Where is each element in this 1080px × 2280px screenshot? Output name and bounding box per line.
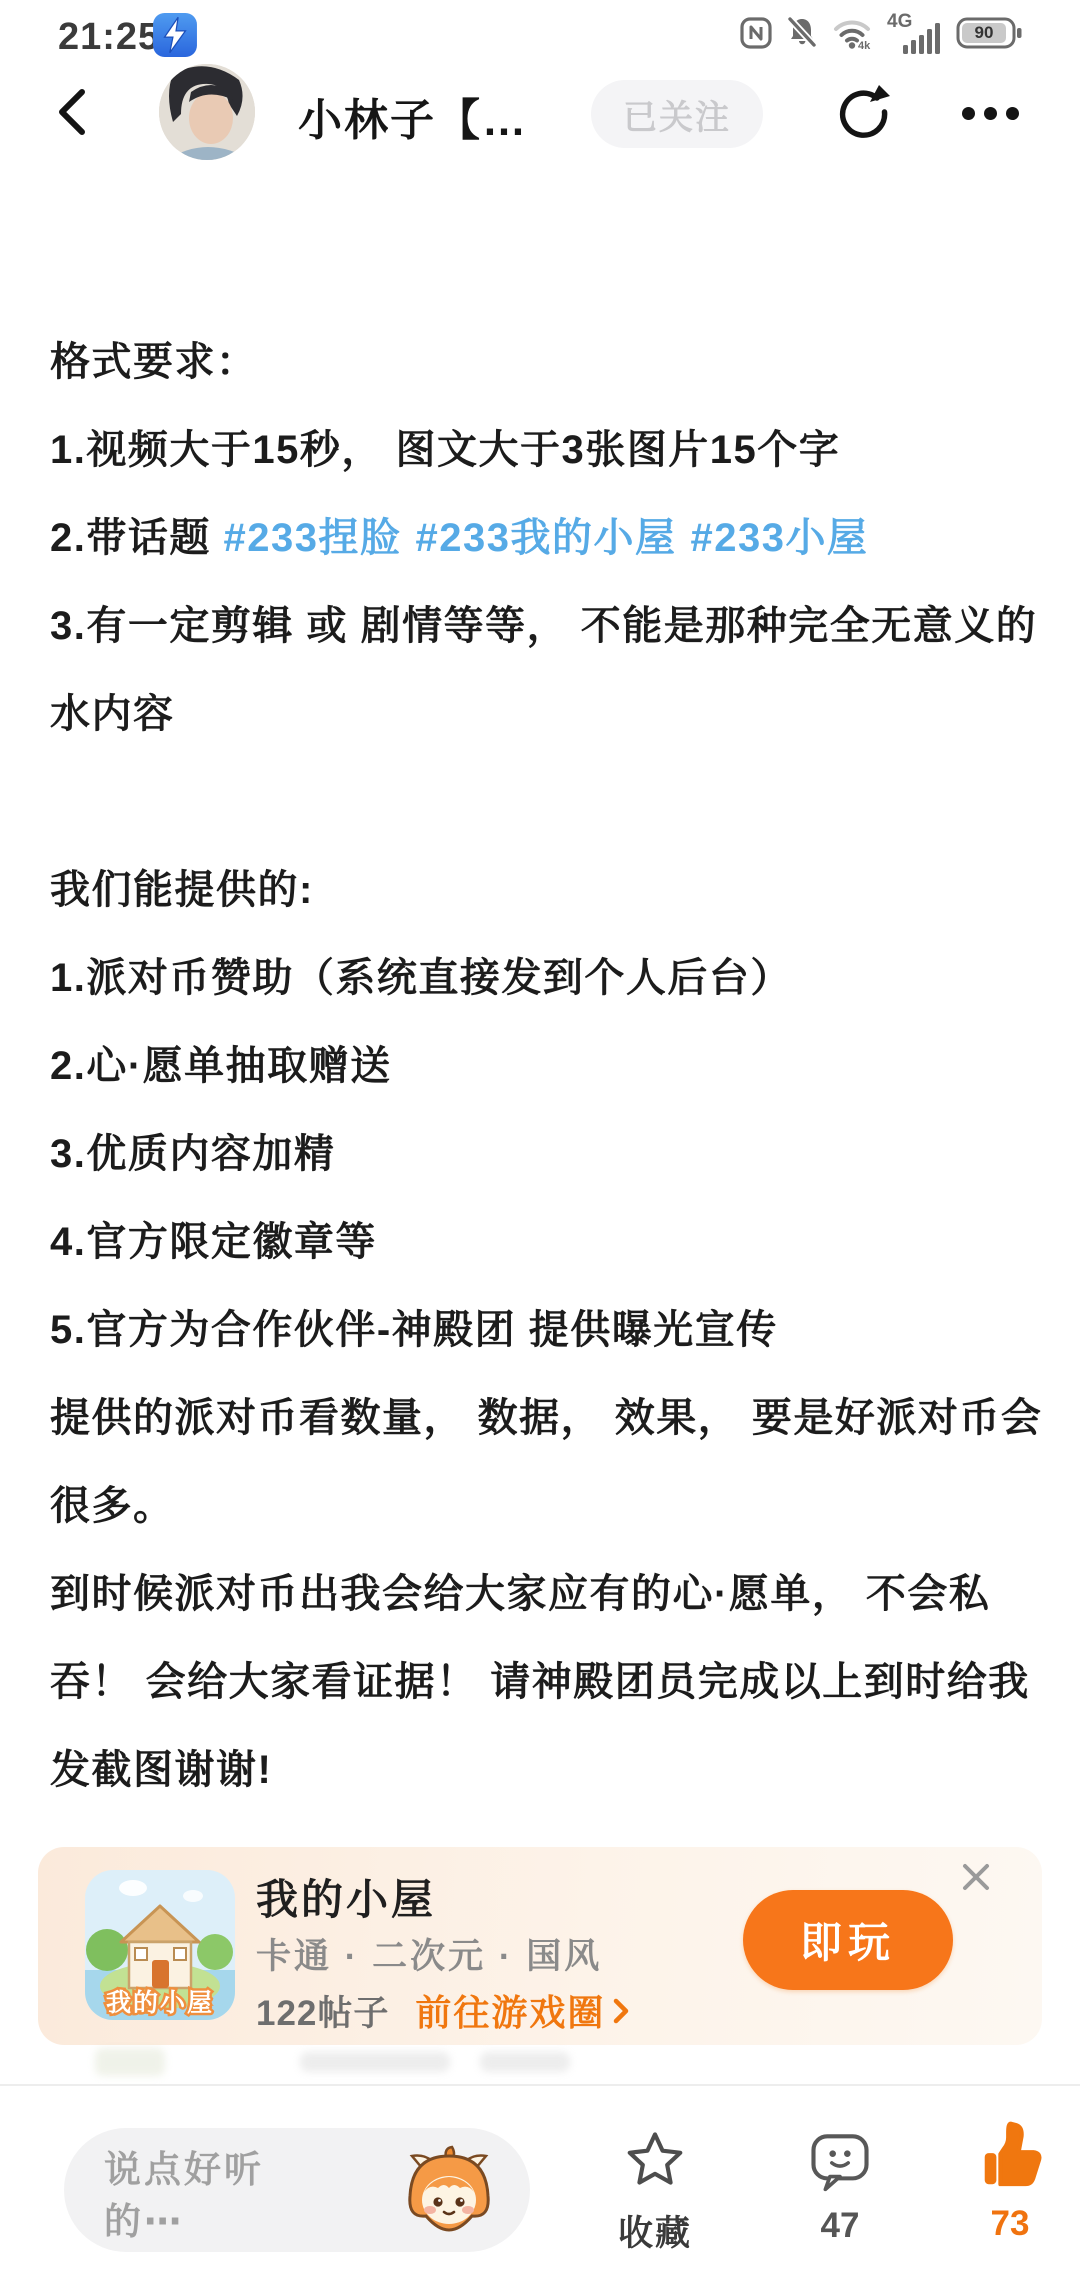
lightning-app-icon xyxy=(152,12,198,58)
rule-3: 3.有一定剪辑 或 剧情等等， 不能是那种完全无意义的水内容 xyxy=(50,582,1054,758)
signal-4g-icon: 4G xyxy=(887,11,943,55)
play-now-label: 即玩 xyxy=(800,1910,896,1970)
comment-placeholder-line2: 的⋯ xyxy=(104,2196,264,2248)
note-1: 提供的派对币看数量， 数据， 效果， 要是好派对币会很多。 xyxy=(50,1374,1054,1550)
status-time: 21:25 xyxy=(58,16,160,59)
chevron-right-icon xyxy=(611,1997,631,2025)
battery-icon: 90 xyxy=(956,16,1022,50)
comment-bubble-icon xyxy=(808,2128,872,2194)
provide-1: 1.派对币赞助（系统直接发到个人后台） xyxy=(50,934,1054,1022)
cutoff-content xyxy=(300,2052,450,2072)
follow-label: 已关注 xyxy=(623,90,731,139)
format-title: 格式要求： xyxy=(50,318,1054,406)
more-button[interactable] xyxy=(958,102,1022,124)
dot xyxy=(984,107,997,120)
close-icon[interactable] xyxy=(958,1859,994,1895)
comment-input[interactable]: 说点好听 的⋯ xyxy=(64,2128,530,2252)
thumbs-up-icon xyxy=(975,2120,1045,2192)
hashtag-link[interactable]: #233捏脸 xyxy=(223,516,401,560)
like-count: 73 xyxy=(991,2204,1030,2244)
cutoff-content xyxy=(480,2052,570,2072)
hashtag-link[interactable]: #233我的小屋 xyxy=(415,516,676,560)
favorite-label: 收藏 xyxy=(618,2206,692,2256)
game-card: 我的小屋 我的小屋 卡通 · 二次元 · 国风 122帖子 前往游戏圈 即玩 xyxy=(38,1847,1042,2045)
comment-placeholder-line1: 说点好听 xyxy=(104,2144,264,2196)
like-button[interactable]: 73 xyxy=(955,2120,1065,2244)
nfc-icon xyxy=(740,17,772,49)
star-icon xyxy=(622,2128,688,2194)
bottom-bar: 说点好听 的⋯ 收藏 xyxy=(0,2084,1080,2280)
goto-game-circle-label: 前往游戏圈 xyxy=(415,1985,605,2036)
comment-placeholder: 说点好听 的⋯ xyxy=(104,2144,264,2248)
play-now-button[interactable]: 即玩 xyxy=(743,1890,953,1990)
provide-5: 5.官方为合作伙伴-神殿团 提供曝光宣传 xyxy=(50,1286,1054,1374)
game-title: 我的小屋 xyxy=(256,1867,436,1927)
back-button[interactable] xyxy=(52,86,92,138)
dot xyxy=(1006,107,1019,120)
network-label: 4G xyxy=(887,11,912,32)
provide-title: 我们能提供的: xyxy=(50,846,1054,934)
provide-4: 4.官方限定徽章等 xyxy=(50,1198,1054,1286)
note-2: 到时候派对币出我会给大家应有的心·愿单， 不会私吞！ 会给大家看证据！ 请神殿团… xyxy=(50,1550,1054,1814)
wifi-icon: 4k xyxy=(832,15,874,51)
bell-muted-icon xyxy=(785,16,819,50)
provide-3: 3.优质内容加精 xyxy=(50,1110,1054,1198)
rule-2: 2.带话题 #233捏脸#233我的小屋#233小屋 xyxy=(50,494,1054,582)
status-icons: 4k 4G 90 xyxy=(740,14,1022,52)
share-icon[interactable] xyxy=(836,84,896,142)
rule-1: 1.视频大于15秒， 图文大于3张图片15个字 xyxy=(50,406,1054,494)
game-meta: 122帖子 前往游戏圈 xyxy=(256,1985,631,2036)
post-body: 格式要求： 1.视频大于15秒， 图文大于3张图片15个字 2.带话题 #233… xyxy=(50,318,1054,1814)
dot xyxy=(962,107,975,120)
provide-2: 2.心·愿单抽取赠送 xyxy=(50,1022,1054,1110)
comment-count: 47 xyxy=(821,2206,860,2246)
mascot-emoji-button[interactable] xyxy=(402,2144,496,2238)
hashtag-link[interactable]: #233小屋 xyxy=(690,516,868,560)
app-screen: 21:25 4k 4G xyxy=(0,0,1080,2280)
game-icon-label: 我的小屋 xyxy=(106,1989,214,2017)
game-icon[interactable]: 我的小屋 xyxy=(85,1870,235,2020)
avatar[interactable] xyxy=(159,64,255,160)
wifi-badge: 4k xyxy=(858,40,871,51)
favorite-button[interactable]: 收藏 xyxy=(600,2128,710,2256)
comment-button[interactable]: 47 xyxy=(785,2128,895,2246)
battery-level: 90 xyxy=(975,23,994,42)
rule-2-prefix: 2.带话题 xyxy=(50,516,223,560)
game-tags: 卡通 · 二次元 · 国风 xyxy=(256,1929,602,1979)
cutoff-content xyxy=(95,2048,165,2076)
follow-button[interactable]: 已关注 xyxy=(591,80,763,148)
username[interactable]: 小林子【… xyxy=(298,84,528,148)
goto-game-circle-link[interactable]: 前往游戏圈 xyxy=(415,1985,631,2036)
posts-count: 122帖子 xyxy=(256,1986,389,2036)
